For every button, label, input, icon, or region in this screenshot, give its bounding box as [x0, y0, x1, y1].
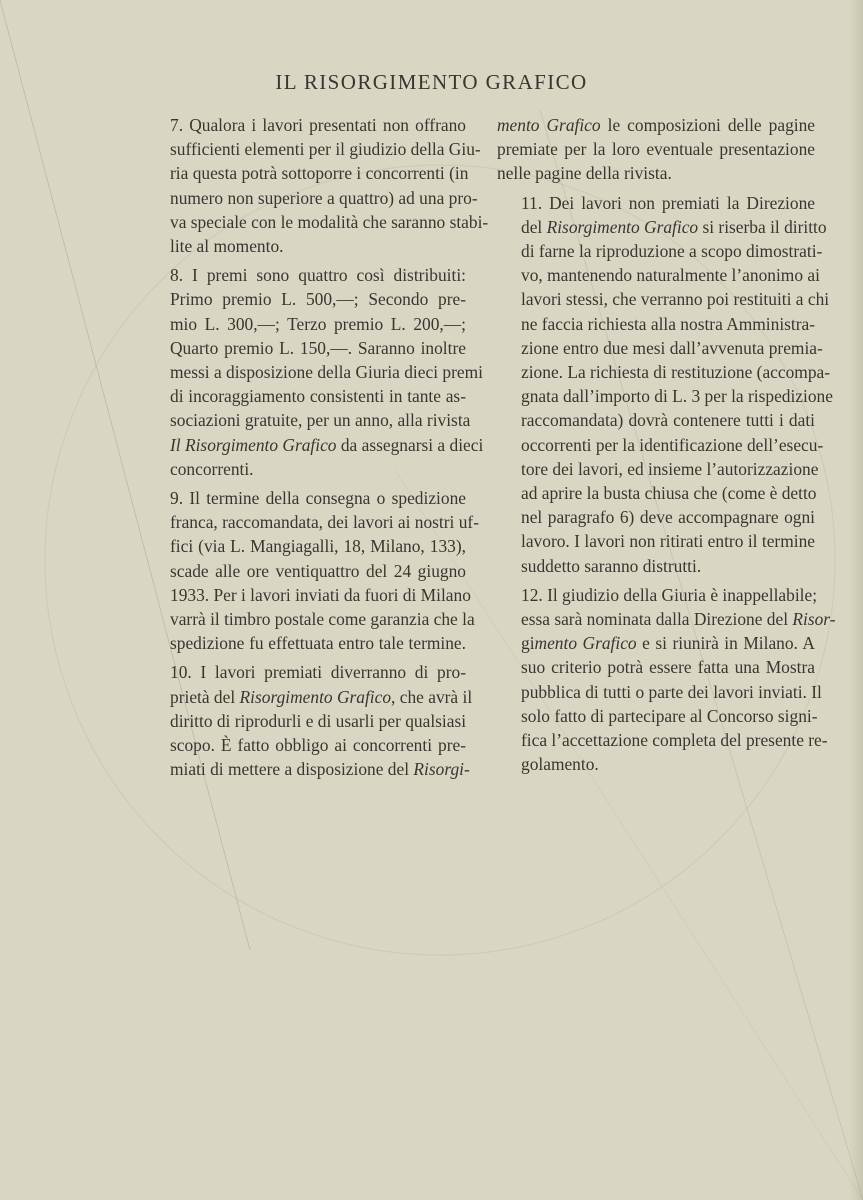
- text-line: fica l’accettazione completa del present…: [497, 728, 815, 752]
- text-line: sufficienti elementi per il giudizio del…: [146, 137, 466, 161]
- text-line: lavoro. I lavori non ritirati entro il t…: [497, 529, 815, 553]
- text-line: Primo premio L. 500,—; Secondo pre-: [146, 287, 466, 311]
- text-line: solo fatto di partecipare al Concorso si…: [497, 704, 815, 728]
- text-line: golamento.: [497, 752, 815, 776]
- paragraph-9: 9. Il termine della consegna o spedizion…: [146, 486, 466, 655]
- text-line-italic-title: Il Risorgimento Grafico da assegnarsi a …: [146, 433, 466, 457]
- paragraph-10-continued: mento Grafico le composizioni delle pagi…: [497, 113, 815, 186]
- text-line: Quarto premio L. 150,—. Saranno inoltre: [146, 336, 466, 360]
- text-line: essa sarà nominata dalla Direzione del R…: [497, 607, 815, 631]
- text-line: ria questa potrà sottoporre i concorrent…: [146, 161, 466, 185]
- text-line: nel paragrafo 6) deve accompagnare ogni: [497, 505, 815, 529]
- paragraph-8: 8. I premi sono quattro così distribuiti…: [146, 263, 466, 481]
- text-line: messi a disposizione della Giuria dieci …: [146, 360, 466, 384]
- text-line: di incoraggiamento consistenti in tante …: [146, 384, 466, 408]
- text-line: scade alle ore ventiquattro del 24 giugn…: [146, 559, 466, 583]
- running-head: IL RISORGIMENTO GRAFICO: [0, 70, 863, 95]
- text-line: di farne la riproduzione a scopo dimostr…: [497, 239, 815, 263]
- text-line: prietà del Risorgimento Grafico, che avr…: [146, 685, 466, 709]
- text-line: 10. I lavori premiati diverranno di pro-: [146, 660, 466, 684]
- paragraph-7: 7. Qualora i lavori presentati non offra…: [146, 113, 466, 258]
- text-line: scopo. È fatto obbligo ai concorrenti pr…: [146, 733, 466, 757]
- text-line: suddetto saranno distrutti.: [497, 554, 815, 578]
- text-line: mio L. 300,—; Terzo premio L. 200,—;: [146, 312, 466, 336]
- paragraph-11: 11. Dei lavori non premiati la Direzione…: [497, 191, 815, 578]
- text-line: varrà il timbro postale come garanzia ch…: [146, 607, 466, 631]
- paragraph-10: 10. I lavori premiati diverranno di pro-…: [146, 660, 466, 781]
- text-line: occorrenti per la identificazione dell’e…: [497, 433, 815, 457]
- text-line: 12. Il giudizio della Giuria è inappella…: [497, 583, 815, 607]
- left-column: 7. Qualora i lavori presentati non offra…: [146, 113, 466, 786]
- text-line: diritto di riprodurli e di usarli per qu…: [146, 709, 466, 733]
- text-line: 8. I premi sono quattro così distribuiti…: [146, 263, 466, 287]
- text-line: tore dei lavori, ed insieme l’autorizzaz…: [497, 457, 815, 481]
- text-line: zione. La richiesta di restituzione (acc…: [497, 360, 815, 384]
- text-line: sociazioni gratuite, per un anno, alla r…: [146, 408, 466, 432]
- text-line: raccomandata) dovrà contenere tutti i da…: [497, 408, 815, 432]
- text-line: numero non superiore a quattro) ad una p…: [146, 186, 466, 210]
- text-line: ne faccia richiesta alla nostra Amminist…: [497, 312, 815, 336]
- text-line: va speciale con le modalità che saranno …: [146, 210, 466, 234]
- text-line: lavori stessi, che verranno poi restitui…: [497, 287, 815, 311]
- document-page: IL RISORGIMENTO GRAFICO 7. Qualora i lav…: [0, 0, 863, 1200]
- text-line: del Risorgimento Grafico si riserba il d…: [497, 215, 815, 239]
- text-line: franca, raccomandata, dei lavori ai nost…: [146, 510, 466, 534]
- text-line: concorrenti.: [146, 457, 466, 481]
- text-line: 11. Dei lavori non premiati la Direzione: [497, 191, 815, 215]
- text-line: gnata dall’importo di L. 3 per la risped…: [497, 384, 815, 408]
- text-line: premiate per la loro eventuale presentaz…: [497, 137, 815, 161]
- text-line: zione entro due mesi dall’avvenuta premi…: [497, 336, 815, 360]
- text-line: fici (via L. Mangiagalli, 18, Milano, 13…: [146, 534, 466, 558]
- text-line: gimento Grafico e si riunirà in Milano. …: [497, 631, 815, 655]
- text-line: vo, mantenendo naturalmente l’anonimo ai: [497, 263, 815, 287]
- text-line: suo criterio potrà essere fatta una Most…: [497, 655, 815, 679]
- paragraph-12: 12. Il giudizio della Giuria è inappella…: [497, 583, 815, 777]
- page-edge-shadow: [849, 0, 863, 1200]
- text-line: lite al momento.: [146, 234, 466, 258]
- text-line: pubblica di tutti o parte dei lavori inv…: [497, 680, 815, 704]
- text-line: mento Grafico le composizioni delle pagi…: [497, 113, 815, 137]
- text-line: nelle pagine della rivista.: [497, 161, 815, 185]
- text-line: miati di mettere a disposizione del Riso…: [146, 757, 466, 781]
- text-line: 9. Il termine della consegna o spedizion…: [146, 486, 466, 510]
- text-line: 1933. Per i lavori inviati da fuori di M…: [146, 583, 466, 607]
- text-line: 7. Qualora i lavori presentati non offra…: [146, 113, 466, 137]
- right-column: mento Grafico le composizioni delle pagi…: [497, 113, 815, 781]
- text-line: spedizione fu effettuata entro tale term…: [146, 631, 466, 655]
- text-line: ad aprire la busta chiusa che (come è de…: [497, 481, 815, 505]
